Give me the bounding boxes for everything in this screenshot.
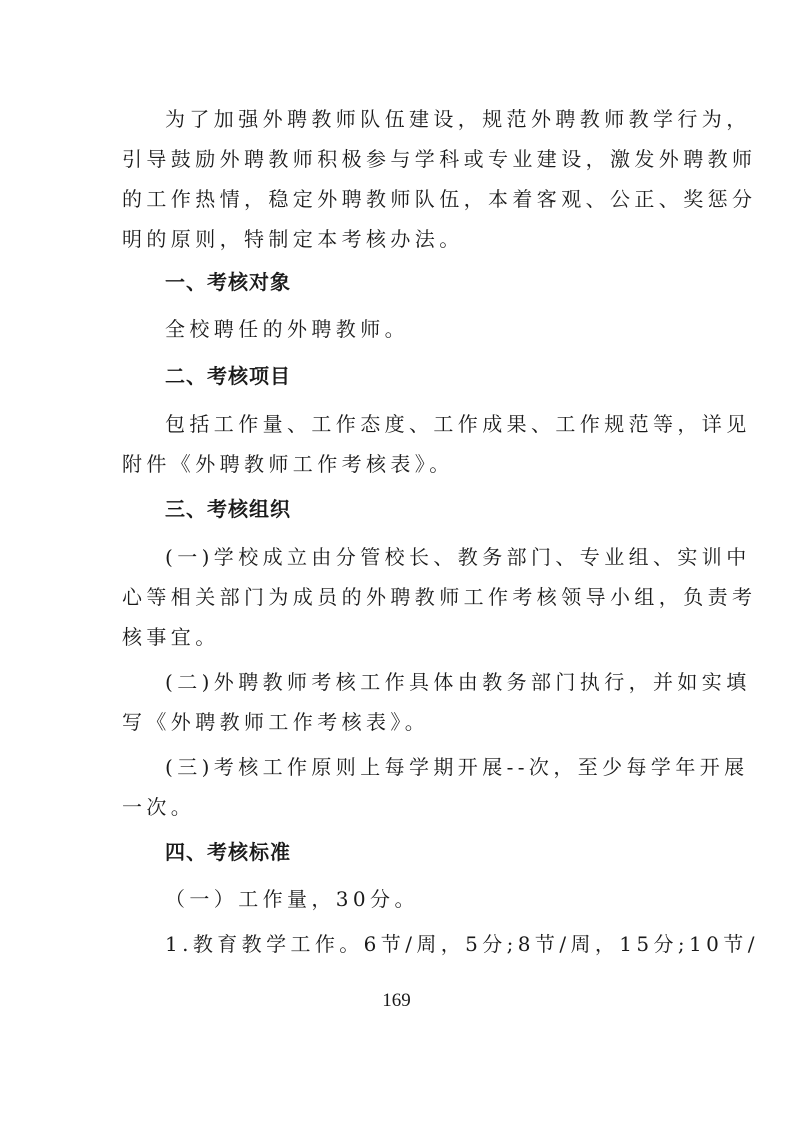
section-4-sub-1: （一）工作量，30分。 bbox=[165, 887, 725, 911]
intro-line-1: 为了加强外聘教师队伍建设，规范外聘教师教学行为， bbox=[165, 107, 725, 131]
section-3-item-3-line-1: (三)考核工作原则上每学期开展--次，至少每学年开展 bbox=[165, 755, 725, 779]
section-1-text: 全校聘任的外聘教师。 bbox=[165, 317, 725, 341]
section-3-item-1-line-1: (一)学校成立由分管校长、教务部门、专业组、实训中 bbox=[165, 545, 725, 569]
section-2-line-2: 附件《外聘教师工作考核表》。 bbox=[122, 452, 682, 476]
section-3-item-2-line-1: (二)外聘教师考核工作具体由教务部门执行，并如实填 bbox=[165, 670, 725, 694]
intro-line-3: 的工作热情，稳定外聘教师队伍，本着客观、公正、奖惩分 bbox=[122, 187, 682, 211]
section-heading-2: 二、考核项目 bbox=[165, 364, 725, 388]
section-heading-1: 一、考核对象 bbox=[165, 270, 725, 294]
page-number: 169 bbox=[0, 990, 793, 1012]
section-4-item-1: 1.教育教学工作。6节/周，5分;8节/周，15分;10节/ bbox=[165, 932, 725, 956]
section-3-item-1-line-3: 核事宜。 bbox=[122, 625, 682, 649]
section-3-item-2-line-2: 写《外聘教师工作考核表》。 bbox=[122, 710, 682, 734]
section-heading-4: 四、考核标准 bbox=[165, 840, 725, 864]
section-heading-3: 三、考核组织 bbox=[165, 497, 725, 521]
intro-line-2: 引导鼓励外聘教师积极参与学科或专业建设，激发外聘教师 bbox=[122, 147, 682, 171]
section-3-item-1-line-2: 心等相关部门为成员的外聘教师工作考核领导小组，负责考 bbox=[122, 585, 682, 609]
section-2-line-1: 包括工作量、工作态度、工作成果、工作规范等，详见 bbox=[165, 412, 725, 436]
intro-line-4: 明的原则，特制定本考核办法。 bbox=[122, 227, 682, 251]
document-page: 为了加强外聘教师队伍建设，规范外聘教师教学行为， 引导鼓励外聘教师积极参与学科或… bbox=[0, 0, 793, 1122]
section-3-item-3-line-2: 一次。 bbox=[122, 795, 682, 819]
